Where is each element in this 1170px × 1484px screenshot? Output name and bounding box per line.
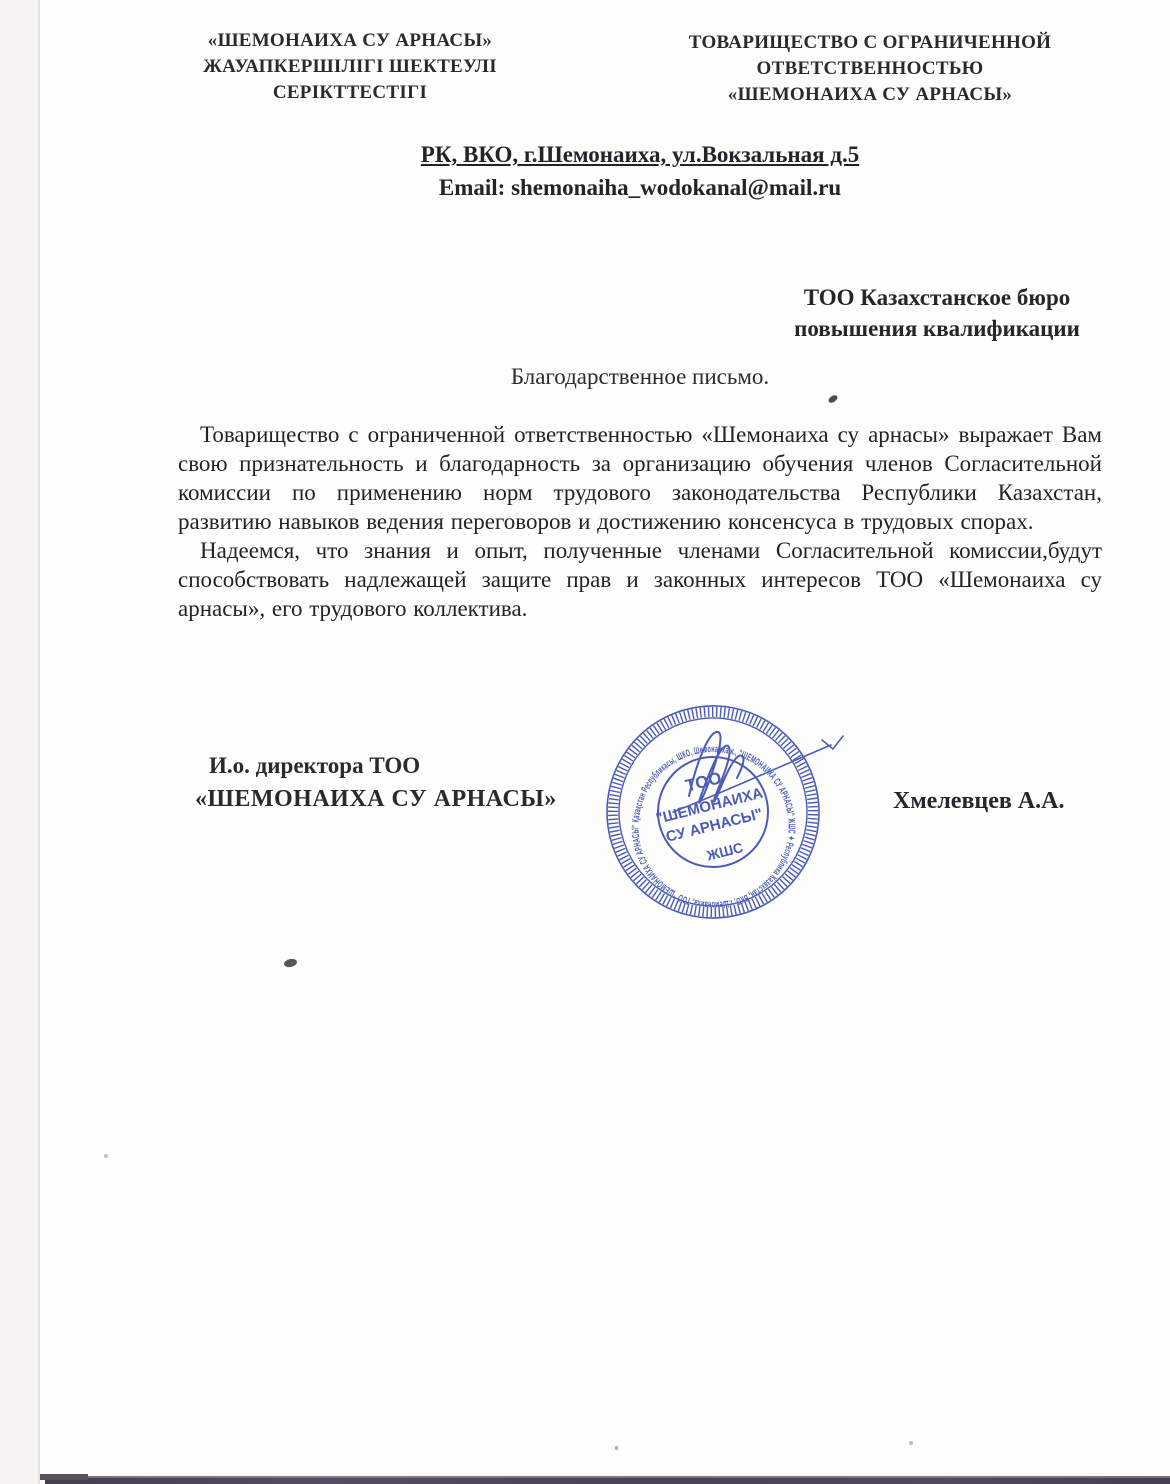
signatory-name: Хмелевцев А.А. (893, 788, 1065, 815)
document-title: Благодарственное письмо. (110, 364, 1170, 390)
recipient-line2: повышения квалификации (772, 313, 1102, 344)
letterhead-russian-line1: ТОВАРИЩЕСТВО С ОГРАНИЧЕННОЙ (645, 30, 1095, 56)
letterhead-russian-line3: «ШЕМОНАИХА СУ АРНАСЫ» (645, 82, 1095, 108)
scan-bottom-bar (45, 1476, 1170, 1484)
scan-bottom-notch (40, 1474, 88, 1480)
letterhead-russian-line2: ОТВЕТСТВЕННОСТЬЮ (645, 56, 1095, 82)
letterhead-kazakh-line1: «ШЕМОНАИХА СУ АРНАСЫ» (150, 28, 550, 54)
scan-edge-line (38, 0, 40, 1484)
signatory-position-line2: «ШЕМОНАИХА СУ АРНАСЫ» (195, 786, 615, 813)
ink-speck (283, 958, 297, 969)
signatory-position: И.о. директора ТОО «ШЕМОНАИХА СУ АРНАСЫ» (195, 753, 615, 813)
letterhead-kazakh: «ШЕМОНАИХА СУ АРНАСЫ» ЖАУАПКЕРШІЛІГІ ШЕК… (150, 28, 550, 106)
company-stamp: Қазақстан Республикасы, ШКО, Шемонаиха к… (603, 700, 853, 924)
body-paragraph-2: Надеемся, что знания и опыт, полученные … (178, 536, 1102, 623)
ink-speck (615, 1446, 618, 1450)
recipient-block: ТОО Казахстанское бюро повышения квалифи… (772, 282, 1102, 344)
ink-speck (909, 1441, 913, 1445)
stamp-graphic: Қазақстан Республикасы, ШКО, Шемонаиха к… (603, 700, 853, 924)
ink-speck (104, 1154, 108, 1158)
body-paragraph-1: Товарищество с ограниченной ответственно… (178, 420, 1102, 536)
letter-body: Товарищество с ограниченной ответственно… (178, 420, 1102, 623)
recipient-line1: ТОО Казахстанское бюро (772, 282, 1102, 313)
email-address: Email: shemonaiha_wodokanal@mail.ru (110, 171, 1170, 204)
signatory-position-line1: И.о. директора ТОО (195, 753, 615, 779)
letterhead-kazakh-line2: ЖАУАПКЕРШІЛІГІ ШЕКТЕУЛІ (150, 54, 550, 80)
ink-speck (827, 394, 839, 405)
postal-address: РК, ВКО, г.Шемонаиха, ул.Вокзальная д.5 (110, 138, 1170, 171)
scanned-letter-page: «ШЕМОНАИХА СУ АРНАСЫ» ЖАУАПКЕРШІЛІГІ ШЕК… (0, 0, 1170, 1484)
scan-edge-strip (0, 0, 38, 1484)
letterhead-kazakh-line3: СЕРІКТТЕСТІГІ (150, 80, 550, 106)
contact-block: РК, ВКО, г.Шемонаиха, ул.Вокзальная д.5 … (110, 138, 1170, 204)
letterhead-russian: ТОВАРИЩЕСТВО С ОГРАНИЧЕННОЙ ОТВЕТСТВЕННО… (645, 30, 1095, 108)
